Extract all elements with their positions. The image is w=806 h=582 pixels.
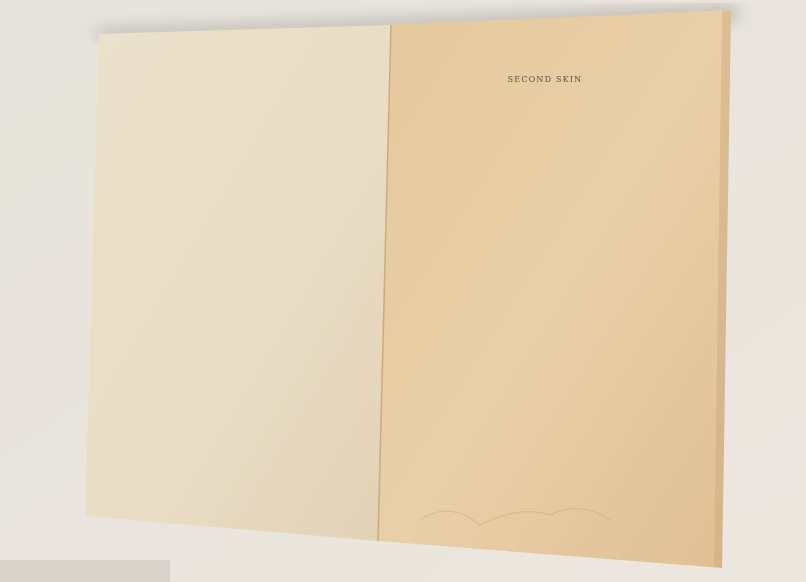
background-patch xyxy=(0,560,170,582)
book-illustration xyxy=(0,0,806,582)
left-page xyxy=(85,25,391,541)
right-page xyxy=(378,10,731,568)
half-title-text: SECOND SKIN xyxy=(500,75,590,84)
photo-scene: SECOND SKIN xyxy=(0,0,806,582)
